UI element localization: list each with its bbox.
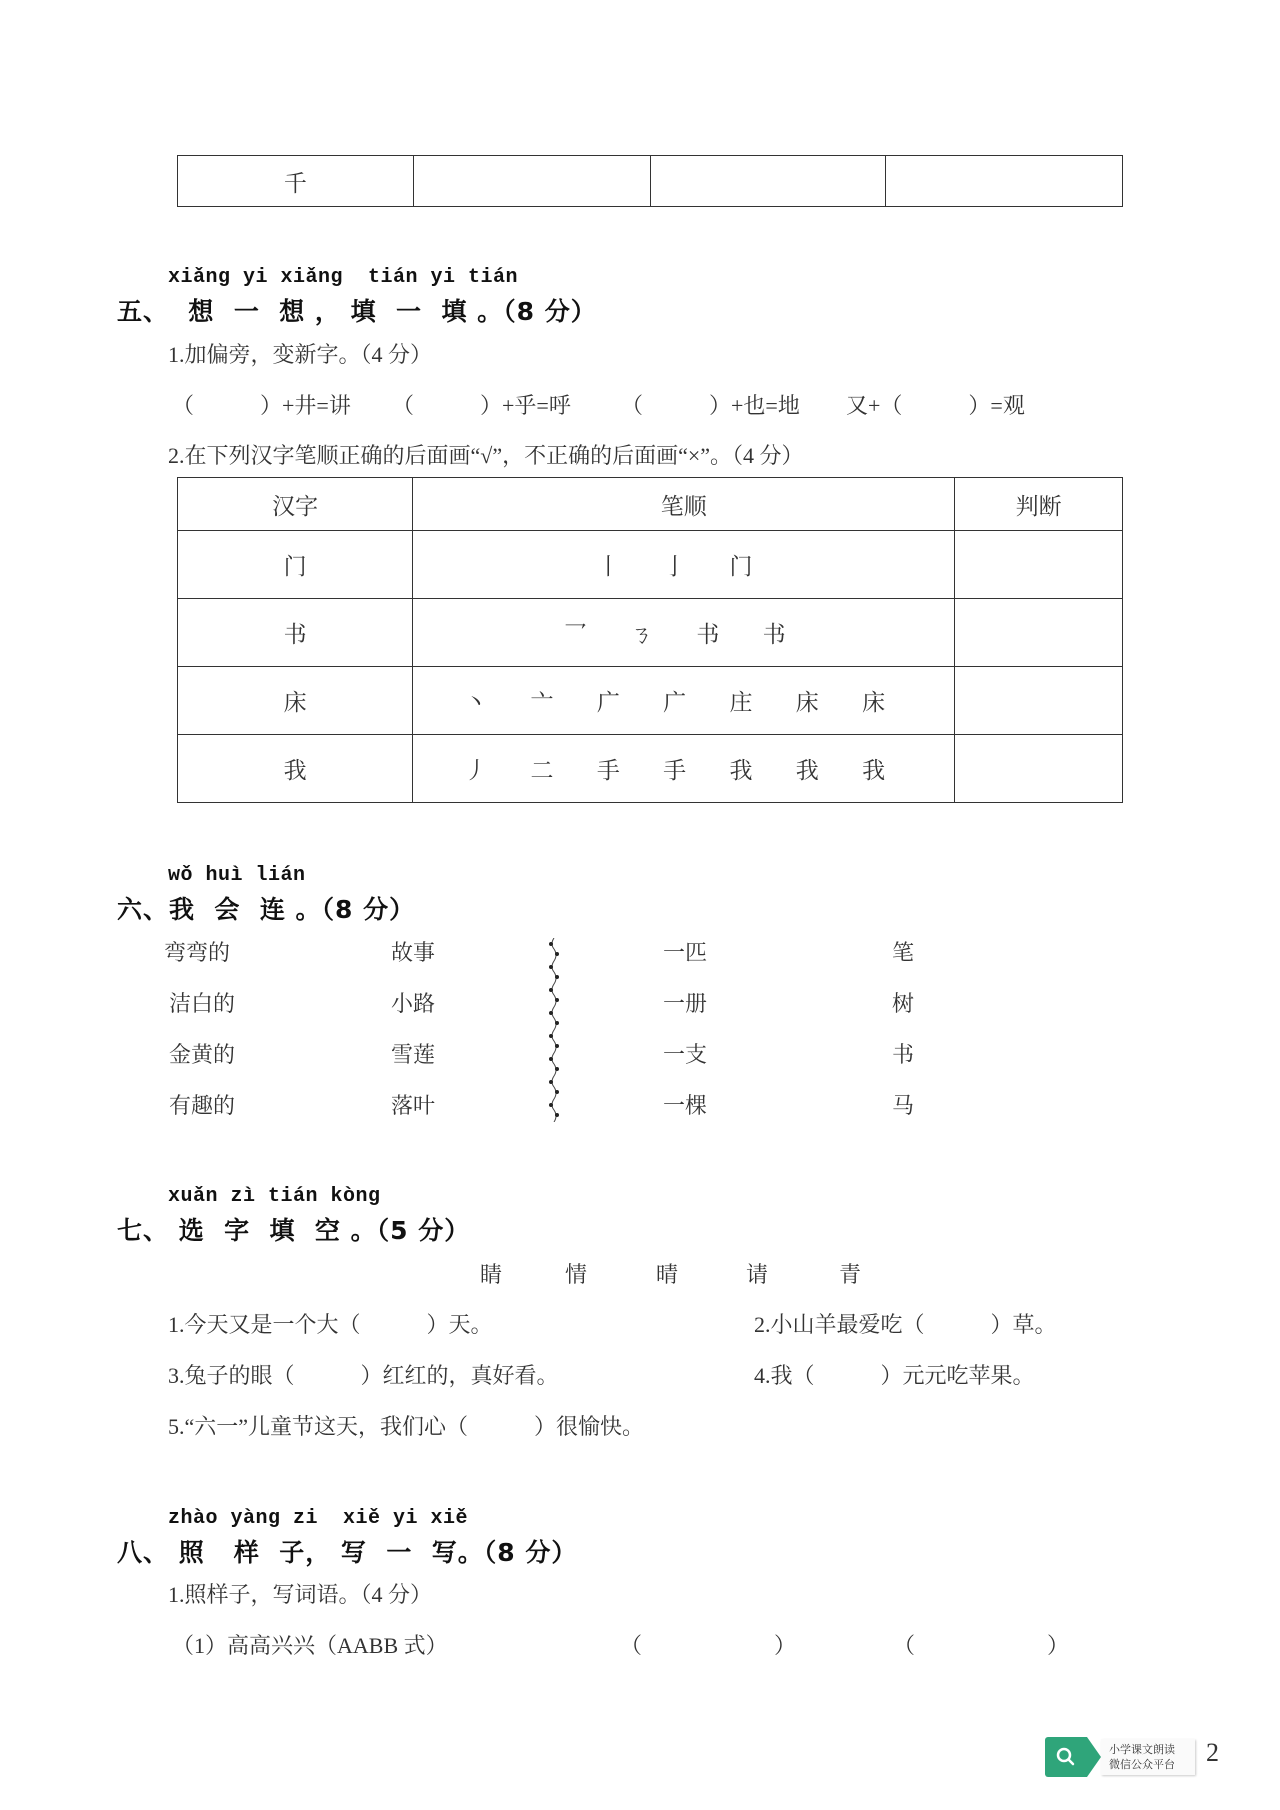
radical-item[interactable]: （ ）+乎=呼: [392, 389, 571, 420]
badge-label: 小学课文朗读 微信公众平台: [1101, 1739, 1195, 1775]
section7-heading: 七、 选 字 填 空 。（5 分）: [117, 1211, 470, 1247]
option-char: 情: [565, 1258, 587, 1289]
radical-item[interactable]: 又+（ ）=观: [846, 389, 1025, 420]
match-noun[interactable]: 雪莲: [391, 1038, 435, 1069]
vine-divider-icon: [548, 938, 560, 1122]
table-row: 门 丨 亅 门: [178, 531, 1123, 599]
match-object[interactable]: 马: [892, 1089, 914, 1120]
fill-question[interactable]: 3.兔子的眼（ ）红红的，真好看。: [168, 1359, 559, 1390]
row-strokes: 丨 亅 门: [413, 531, 955, 599]
match-noun[interactable]: 落叶: [391, 1089, 435, 1120]
table-row: 书 乛 ㄋ 书 书: [178, 599, 1123, 667]
radical-item[interactable]: （ ）+井=讲: [172, 389, 351, 420]
badge-line1: 小学课文朗读: [1109, 1742, 1195, 1757]
row-char: 书: [178, 599, 413, 667]
row-strokes: 乛 ㄋ 书 书: [413, 599, 955, 667]
match-adjective[interactable]: 金黄的: [169, 1038, 235, 1069]
row-judgement-cell[interactable]: [955, 667, 1123, 735]
radical-item[interactable]: （ ）+也=地: [621, 389, 800, 420]
option-char: 睛: [480, 1258, 502, 1289]
option-char: 请: [746, 1258, 768, 1289]
match-noun[interactable]: 小路: [391, 987, 435, 1018]
top-table-cell[interactable]: [650, 156, 886, 207]
column-header-judgement: 判断: [955, 478, 1123, 531]
match-measure-word[interactable]: 一棵: [663, 1089, 707, 1120]
match-measure-word[interactable]: 一支: [663, 1038, 707, 1069]
answer-blank[interactable]: （ ）: [893, 1629, 1069, 1660]
section5-q2-label: 2.在下列汉字笔顺正确的后面画“√”，不正确的后面画“×”。（4 分）: [168, 439, 804, 470]
fill-question[interactable]: 2.小山羊最爱吃（ ）草。: [754, 1308, 1057, 1339]
row-strokes: 丶 亠 广 广 庄 床 床: [413, 667, 955, 735]
row-judgement-cell[interactable]: [955, 599, 1123, 667]
top-table-cell: 千: [178, 156, 414, 207]
badge-line2: 微信公众平台: [1109, 1757, 1195, 1772]
page-number: 2: [1206, 1738, 1219, 1768]
top-table: 千: [177, 155, 1123, 207]
section6-pinyin: wǒ huì lián: [168, 864, 306, 887]
wechat-badge[interactable]: 小学课文朗读 微信公众平台: [1045, 1737, 1195, 1777]
row-judgement-cell[interactable]: [955, 735, 1123, 803]
section8-q1-label: 1.照样子，写词语。（4 分）: [168, 1578, 432, 1609]
section8-pinyin: zhào yàng zi xiě yi xiě: [168, 1507, 468, 1530]
match-adjective[interactable]: 有趣的: [169, 1089, 235, 1120]
section5-q1-label: 1.加偏旁，变新字。（4 分）: [168, 338, 432, 369]
section8-heading: 八、 照 样 子， 写 一 写。（8 分）: [117, 1533, 577, 1569]
badge-green-block: [1045, 1737, 1087, 1777]
section6-heading: 六、我 会 连 。（8 分）: [117, 890, 415, 926]
row-char: 床: [178, 667, 413, 735]
match-object[interactable]: 笔: [892, 936, 914, 967]
fill-question[interactable]: 1.今天又是一个大（ ）天。: [168, 1308, 493, 1339]
fill-question[interactable]: 4.我（ ）元元吃苹果。: [754, 1359, 1035, 1390]
match-measure-word[interactable]: 一匹: [663, 936, 707, 967]
row-strokes: 丿 二 手 手 我 我 我: [413, 735, 955, 803]
top-table-cell[interactable]: [413, 156, 650, 207]
section5-heading: 五、 想 一 想 ， 填 一 填 。（8 分）: [117, 292, 597, 328]
search-icon: [1045, 1737, 1087, 1777]
badge-arrow: [1087, 1737, 1101, 1777]
fill-question[interactable]: 5.“六一”儿童节这天，我们心（ ）很愉快。: [168, 1410, 644, 1441]
row-char: 我: [178, 735, 413, 803]
match-object[interactable]: 树: [892, 987, 914, 1018]
column-header-strokes: 笔顺: [413, 478, 955, 531]
match-adjective[interactable]: 弯弯的: [164, 936, 230, 967]
stroke-order-table: 汉字 笔顺 判断 门 丨 亅 门 书 乛 ㄋ 书 书 床 丶 亠 广 广 庄 床…: [177, 477, 1123, 803]
example-word: （1）高高兴兴（AABB 式）: [172, 1629, 448, 1660]
match-noun[interactable]: 故事: [391, 936, 435, 967]
option-char: 青: [839, 1258, 861, 1289]
section7-pinyin: xuǎn zì tián kòng: [168, 1185, 381, 1208]
match-measure-word[interactable]: 一册: [663, 987, 707, 1018]
table-row: 床 丶 亠 广 广 庄 床 床: [178, 667, 1123, 735]
section5-pinyin: xiǎng yi xiǎng tián yi tián: [168, 266, 518, 289]
column-header-char: 汉字: [178, 478, 413, 531]
match-adjective[interactable]: 洁白的: [169, 987, 235, 1018]
option-char: 晴: [656, 1258, 678, 1289]
answer-blank[interactable]: （ ）: [620, 1629, 796, 1660]
table-row: 我 丿 二 手 手 我 我 我: [178, 735, 1123, 803]
row-judgement-cell[interactable]: [955, 531, 1123, 599]
match-object[interactable]: 书: [892, 1038, 914, 1069]
top-table-cell[interactable]: [886, 156, 1123, 207]
row-char: 门: [178, 531, 413, 599]
